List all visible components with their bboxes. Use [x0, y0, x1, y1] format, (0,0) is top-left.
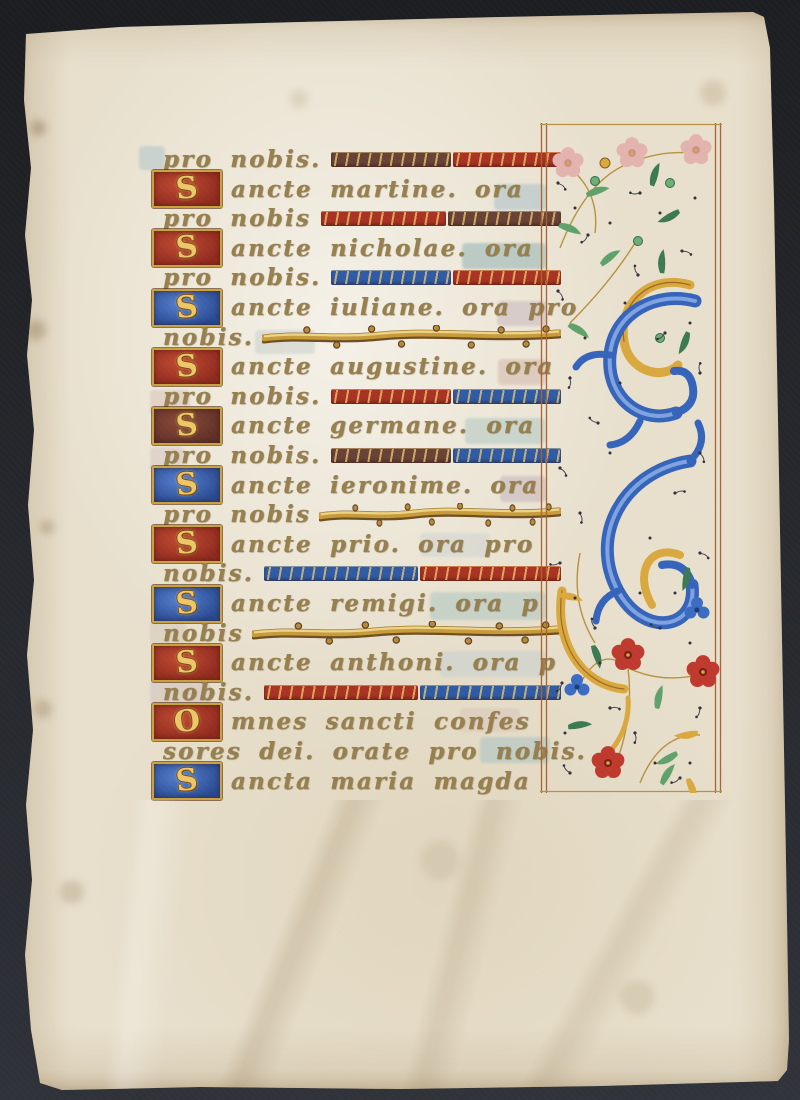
- line-filler-branch: [252, 621, 561, 645]
- border-flower: [681, 134, 712, 164]
- border-dot-sprig: [673, 486, 686, 499]
- litany-line-text: nobis.: [163, 562, 254, 585]
- line-filler-bar: [321, 211, 561, 226]
- illuminated-initial: S: [152, 348, 222, 386]
- litany-line: pro nobis.: [152, 146, 561, 173]
- litany-line-text: nobis.: [163, 326, 254, 349]
- litany-line-text: ancte anthoni. ora p: [231, 651, 557, 674]
- parchment-stain: [620, 980, 654, 1014]
- litany-line: sores dei. orate pro nobis.: [152, 738, 561, 765]
- initial-letter: S: [175, 587, 200, 619]
- litany-line: Sancte martine. ora: [152, 176, 550, 203]
- border-ink-dot: [564, 732, 567, 735]
- border-ink-dot: [674, 592, 677, 595]
- border-ink-dot: [659, 212, 662, 215]
- border-leaf: [566, 713, 592, 739]
- illuminated-border: [540, 123, 722, 793]
- border-dot-sprig: [670, 775, 682, 786]
- border-leaf: [674, 721, 700, 747]
- litany-line-text: pro nobis: [163, 503, 311, 526]
- border-ink-dot: [689, 762, 692, 765]
- border-ink-dot: [609, 452, 612, 455]
- litany-line-text: ancte ieronime. ora: [231, 474, 539, 497]
- litany-line-text: ancte iuliane. ora pro: [231, 296, 578, 319]
- border-leaf: [672, 330, 695, 354]
- border-dot-sprig: [555, 289, 566, 301]
- litany-line: pro nobis.: [152, 383, 561, 410]
- line-filler-segment-maroon: [331, 448, 450, 463]
- litany-line-text: ancte germane. ora: [231, 414, 535, 437]
- litany-line: nobis.: [152, 324, 561, 351]
- photo-scene: pro nobis.Sancte martine. orapro nobisSa…: [0, 0, 800, 1100]
- litany-line-text: pro nobis: [163, 207, 311, 230]
- border-ink-dot: [574, 207, 577, 210]
- initial-letter: S: [175, 351, 200, 383]
- border-dot-sprig: [588, 414, 600, 427]
- border-leaf: [658, 204, 681, 228]
- border-ink-dot: [649, 537, 652, 540]
- litany-line-text: nobis: [163, 622, 244, 645]
- litany-line: nobis.: [152, 679, 561, 706]
- litany-line-text: pro nobis.: [163, 266, 321, 289]
- litany-line: Omnes sancti confes: [152, 708, 550, 735]
- border-ink-dot: [574, 597, 577, 600]
- line-filler-branch: [319, 503, 561, 527]
- illuminated-initial: S: [152, 289, 222, 327]
- line-filler-segment-maroon: [331, 152, 450, 167]
- gold-branch-line-filler: [262, 325, 561, 349]
- border-dot-sprig: [574, 511, 587, 524]
- litany-line-text: ancta maria magda: [231, 770, 531, 793]
- litany-line-text: ancte augustine. ora: [231, 355, 554, 378]
- border-flower: [592, 746, 625, 778]
- illuminated-initial: S: [152, 466, 222, 504]
- initial-letter: S: [175, 765, 200, 797]
- border-leaf: [656, 746, 679, 770]
- parchment-stain: [34, 700, 52, 718]
- litany-line: Sancte ieronime. ora: [152, 472, 550, 499]
- line-filler-bar: [264, 685, 561, 700]
- litany-line: Sancte remigi. ora p: [152, 590, 550, 617]
- border-ink-dot: [624, 302, 627, 305]
- initial-letter: S: [175, 528, 200, 560]
- illuminated-initial: O: [152, 703, 222, 741]
- border-ink-dot: [584, 337, 587, 340]
- border-flower: [687, 655, 720, 687]
- border-leaf: [678, 777, 703, 794]
- litany-line-text: ancte martine. ora: [231, 178, 524, 201]
- line-filler-bar: [331, 448, 561, 463]
- initial-letter: S: [175, 469, 200, 501]
- line-filler-bar: [331, 152, 561, 167]
- litany-line: Sancte augustine. ora: [152, 353, 550, 380]
- border-dot-sprig: [563, 376, 577, 390]
- illuminated-initial: S: [152, 229, 222, 267]
- initial-letter: O: [172, 706, 201, 739]
- border-dot-sprig: [579, 233, 591, 244]
- litany-line: Sancte anthoni. ora p: [152, 649, 550, 676]
- border-dot-sprig: [549, 557, 562, 570]
- border-ink-dot: [689, 642, 692, 645]
- litany-line: pro nobis.: [152, 442, 561, 469]
- parchment-stain: [30, 120, 46, 136]
- border-dot-sprig: [698, 549, 710, 562]
- litany-line: Sancte germane. ora: [152, 412, 550, 439]
- litany-line-text: nobis.: [163, 681, 254, 704]
- litany-line: pro nobis: [152, 501, 561, 528]
- border-artwork: [540, 123, 722, 793]
- line-filler-bar: [331, 270, 561, 285]
- line-filler-segment-red: [321, 211, 446, 226]
- litany-line: nobis: [152, 620, 561, 647]
- parchment-stain: [290, 90, 308, 108]
- border-flower: [553, 147, 584, 177]
- illuminated-initial: S: [152, 585, 222, 623]
- border-dot-sprig: [558, 466, 567, 476]
- border-dot-sprig: [553, 681, 566, 693]
- litany-line: Sancte prio. ora pro: [152, 531, 550, 558]
- line-filler-segment-red: [264, 685, 418, 700]
- border-ink-dot: [599, 662, 602, 665]
- border-ink-dot: [654, 762, 657, 765]
- border-ink-dot: [619, 382, 622, 385]
- illuminated-initial: S: [152, 407, 222, 445]
- border-leaf: [650, 249, 676, 275]
- initial-letter: S: [175, 173, 200, 205]
- border-ink-dot: [609, 222, 612, 225]
- border-dot-sprig: [628, 731, 642, 745]
- border-dot-sprig: [608, 702, 622, 716]
- parchment-stain: [420, 840, 460, 880]
- litany-line: Sancta maria magda: [152, 768, 550, 795]
- illuminated-initial: S: [152, 170, 222, 208]
- litany-line-text: pro nobis.: [163, 385, 321, 408]
- gold-branch-line-filler: [252, 621, 561, 645]
- border-dot-sprig: [631, 264, 643, 277]
- litany-line-text: ancte nicholae. ora: [231, 237, 534, 260]
- initial-letter: S: [175, 232, 200, 264]
- line-filler-bar: [331, 389, 561, 404]
- line-filler-segment-blue: [264, 566, 418, 581]
- manuscript-leaf: pro nobis.Sancte martine. orapro nobisSa…: [0, 0, 800, 1100]
- litany-line: pro nobis: [152, 205, 561, 232]
- border-dot-sprig: [680, 246, 693, 259]
- border-leaf: [657, 764, 678, 786]
- border-ink-dot: [639, 592, 642, 595]
- border-dot-sprig: [629, 186, 643, 200]
- border-leaf: [643, 163, 667, 188]
- border-leaf: [583, 644, 608, 669]
- border-leaf: [647, 685, 672, 710]
- border-dot-sprig: [692, 706, 705, 719]
- line-filler-segment-red: [331, 389, 450, 404]
- line-filler-bar: [264, 566, 561, 581]
- parchment-stain: [40, 520, 54, 534]
- border-leaf: [557, 218, 581, 241]
- litany-line-text: mnes sancti confes: [231, 710, 531, 733]
- litany-line-text: pro nobis.: [163, 148, 321, 171]
- litany-line-text: ancte remigi. ora p: [231, 592, 540, 615]
- border-flower: [617, 137, 648, 167]
- parchment-stain: [60, 880, 84, 904]
- border-leaf: [599, 247, 620, 269]
- initial-letter: S: [175, 410, 200, 442]
- gold-branch-line-filler: [319, 503, 561, 527]
- litany-line-text: ancte prio. ora pro: [231, 533, 535, 556]
- litany-line-text: sores dei. orate pro nobis.: [163, 740, 587, 763]
- initial-letter: S: [175, 647, 200, 679]
- border-ink-dot: [694, 197, 697, 200]
- border-dot-sprig: [693, 362, 707, 376]
- border-flower: [612, 638, 645, 670]
- border-dot-sprig: [556, 180, 567, 192]
- litany-line: pro nobis.: [152, 264, 561, 291]
- initial-letter: S: [175, 291, 200, 323]
- border-dot-sprig: [563, 764, 572, 774]
- parchment-stain: [26, 320, 46, 340]
- litany-line: Sancte iuliane. ora pro: [152, 294, 550, 321]
- parchment-creases: [0, 800, 800, 1100]
- parchment-stain: [700, 80, 726, 106]
- illuminated-initial: S: [152, 525, 222, 563]
- border-ink-dot: [689, 322, 692, 325]
- illuminated-initial: S: [152, 644, 222, 682]
- line-filler-branch: [262, 325, 561, 349]
- line-filler-segment-blue: [331, 270, 450, 285]
- litany-line: nobis.: [152, 560, 561, 587]
- illuminated-initial: S: [152, 762, 222, 800]
- litany-line: Sancte nicholae. ora: [152, 235, 550, 262]
- litany-line-text: pro nobis.: [163, 444, 321, 467]
